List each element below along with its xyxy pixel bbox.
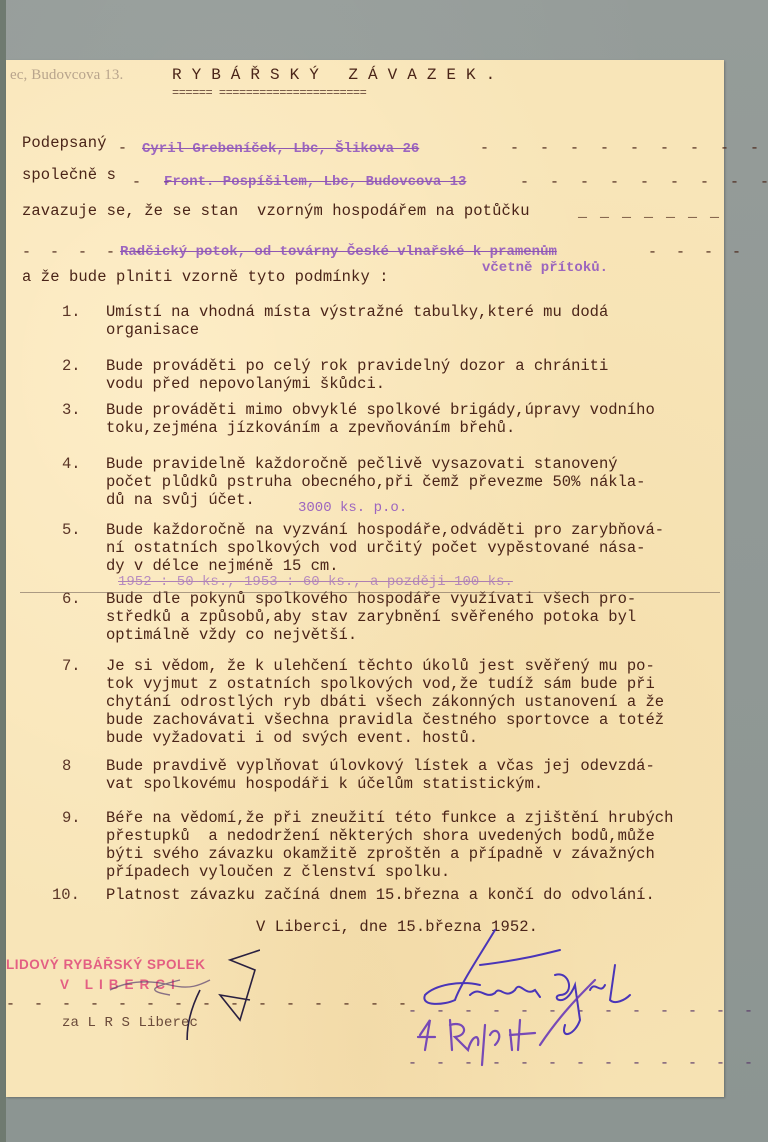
condition-number: 10. bbox=[52, 886, 80, 904]
right-signature-line-1: - - - - - - - - - - - - - bbox=[408, 1003, 758, 1020]
condition-text: Umístí na vhodná místa výstražné tabulky… bbox=[106, 303, 608, 339]
together-dash-fill: - - - - - - - - - bbox=[520, 174, 768, 191]
item5-annotation: 1952 : 50 ks., 1953 : 60 ks., a později … bbox=[118, 574, 513, 590]
together-label: společně s bbox=[22, 166, 116, 184]
org-signature-caption: za L R S Liberec bbox=[62, 1014, 198, 1032]
stream-addendum: včetně přítoků. bbox=[482, 260, 608, 276]
place-date: V Liberci, dne 15.března 1952. bbox=[256, 918, 538, 936]
condition-number: 9. bbox=[62, 809, 81, 827]
fold-crease bbox=[20, 592, 720, 593]
stream-value: Radčický potok, od továrny České vlnařsk… bbox=[120, 244, 557, 260]
stamp-line-1: LIDOVÝ RYBÁŘSKÝ SPOLEK bbox=[6, 957, 206, 972]
signer-dash-lead: - bbox=[118, 140, 127, 157]
right-signature-line-2: - - - - - - - - - - - - - bbox=[408, 1055, 758, 1072]
item4-annotation: 3000 ks. p.o. bbox=[298, 500, 407, 516]
signer-dash-fill: - - - - - - - - - - - bbox=[480, 140, 768, 157]
stamp-line-2: V LIBERCI bbox=[60, 977, 181, 992]
condition-text: Béře na vědomí,že při zneužití této funk… bbox=[106, 809, 673, 881]
condition-number: 2. bbox=[62, 357, 81, 375]
stream-dash-fill: - - - - bbox=[648, 244, 746, 261]
condition-number: 7. bbox=[62, 657, 81, 675]
condition-text: Bude prováděti po celý rok pravidelný do… bbox=[106, 357, 608, 393]
condition-text: Bude prováděti mimo obvyklé spolkové bri… bbox=[106, 401, 655, 437]
title-underline: ====== ====================== bbox=[172, 86, 366, 100]
signer-value: Cyril Grebeníček, Lbc, Šlikova 26 bbox=[142, 141, 419, 157]
pledge-line: zavazuje se, že se stan vzorným hospodář… bbox=[22, 202, 530, 220]
condition-text: Je si vědom, že k ulehčení těchto úkolů … bbox=[106, 657, 664, 747]
letterhead-fragment: ec, Budovcova 13. bbox=[10, 66, 123, 84]
condition-number: 3. bbox=[62, 401, 81, 419]
condition-text: Bude pravdivě vyplňovat úlovkový lístek … bbox=[106, 757, 655, 793]
org-signature-line: - - - - - - - - - - - - - - - bbox=[6, 996, 412, 1013]
condition-number: 4. bbox=[62, 455, 81, 473]
together-value: Front. Pospíšilem, Lbc, Budovcova 13 bbox=[164, 174, 466, 190]
pledge-blank: _ _ _ _ _ _ _ bbox=[578, 204, 721, 221]
conditions-intro: a že bude plniti vzorně tyto podmínky : bbox=[22, 268, 389, 286]
condition-text: Bude dle pokynů spolkového hospodáře vyu… bbox=[106, 590, 636, 644]
condition-number: 8 bbox=[62, 757, 71, 775]
condition-text: Bude každoročně na vyzvání hospodáře,odv… bbox=[106, 521, 664, 575]
condition-text: Platnost závazku začíná dnem 15.března a… bbox=[106, 886, 655, 904]
document-title: RYBÁŘSKÝ ZÁVAZEK. bbox=[172, 66, 505, 84]
condition-number: 5. bbox=[62, 521, 81, 539]
condition-number: 1. bbox=[62, 303, 81, 321]
signer-label: Podepsaný bbox=[22, 134, 107, 152]
